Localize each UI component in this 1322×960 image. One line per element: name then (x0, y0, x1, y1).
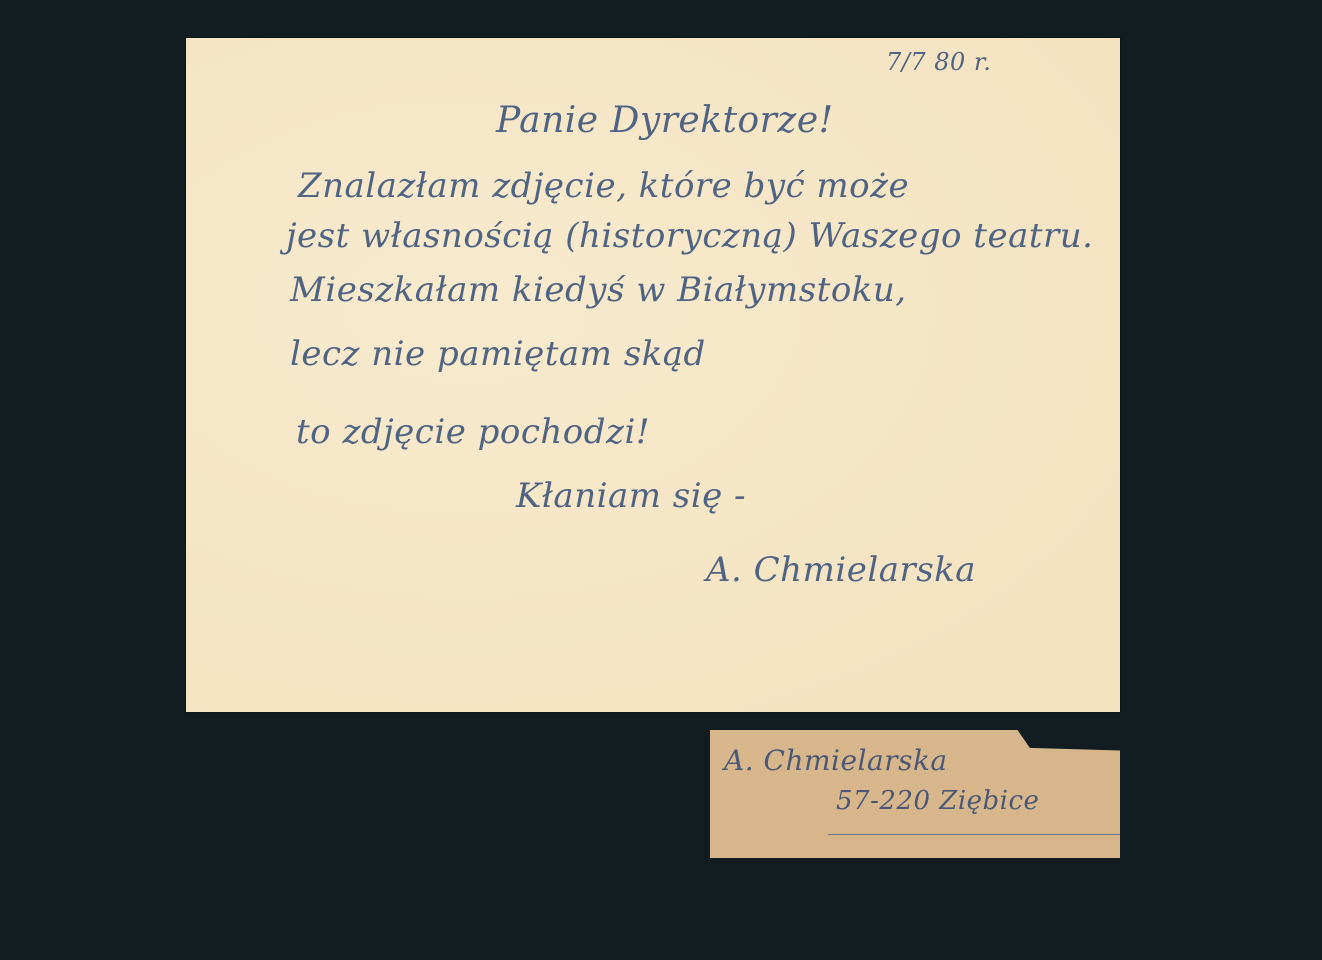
letter-line: lecz nie pamiętam skąd (290, 334, 706, 374)
underline-divider (828, 834, 1120, 835)
letter-line: to zdjęcie pochodzi! (296, 412, 650, 452)
letter-greeting: Panie Dyrektorze! (496, 100, 834, 141)
address-clipping: A. Chmielarska 57-220 Ziębice (710, 730, 1120, 858)
letter-line: jest własnością (historyczną) Waszego te… (286, 216, 1093, 256)
letter-signature: A. Chmielarska (706, 550, 976, 590)
letter-line: Znalazłam zdjęcie, które być może (298, 166, 909, 206)
letter-date: 7/7 80 r. (886, 48, 991, 76)
letter-closing: Kłaniam się - (516, 476, 746, 516)
letter-line: Mieszkałam kiedyś w Białymstoku, (290, 270, 907, 310)
sender-name: A. Chmielarska (724, 744, 948, 777)
sender-address: 57-220 Ziębice (836, 786, 1039, 816)
letter-card: 7/7 80 r. Panie Dyrektorze! Znalazłam zd… (186, 38, 1120, 712)
